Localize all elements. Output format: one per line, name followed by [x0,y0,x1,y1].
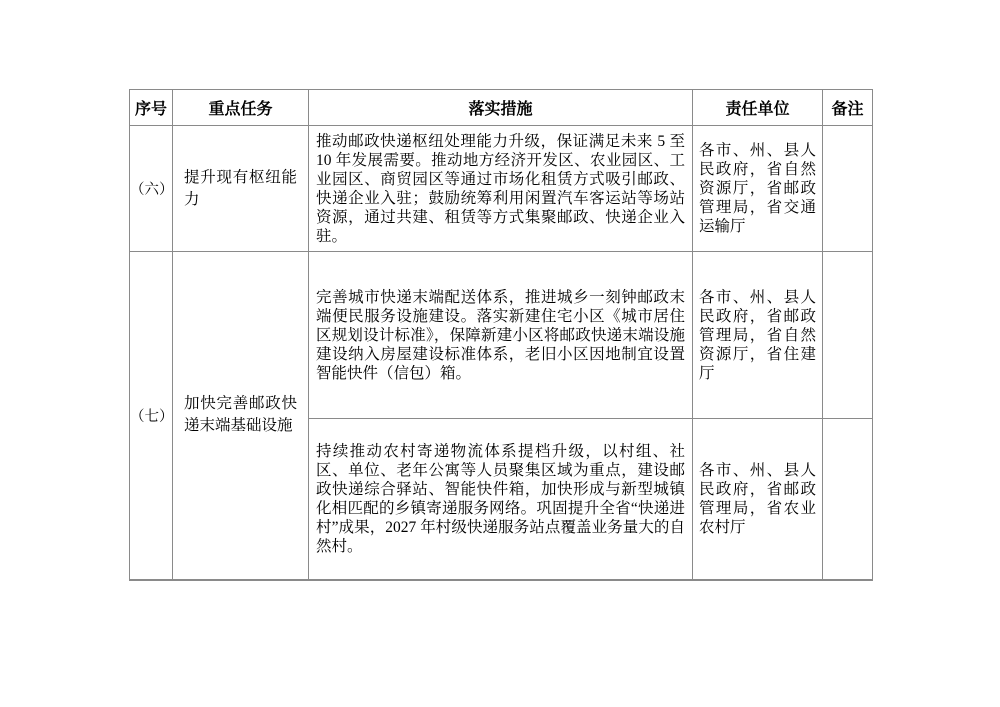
responsible-unit-cell: 各市、州、县人民政府，省邮政管理局，省农业农村厅 [693,419,823,580]
remark-cell [823,419,873,580]
responsible-unit-cell: 各市、州、县人民政府，省邮政管理局，省自然资源厅，省住建厅 [693,252,823,419]
responsible-unit-cell: 各市、州、县人民政府，省自然资源厅，省邮政管理局，省交通运输厅 [693,126,823,252]
col-header-responsible-unit: 责任单位 [693,90,823,126]
measure-cell: 持续推动农村寄递物流体系提档升级，以村组、社区、单位、老年公寓等人员聚集区域为重… [309,419,693,580]
measure-cell: 完善城市快递末端配送体系，推进城乡一刻钟邮政末端便民服务设施建设。落实新建住宅小… [309,252,693,419]
col-header-remark: 备注 [823,90,873,126]
table-row-six: （六） 提升现有枢纽能力 推动邮政快递枢纽处理能力升级，保证满足未来 5 至 1… [130,126,873,252]
row-index-cell: （六） [130,126,173,252]
key-tasks-table: 序号 重点任务 落实措施 责任单位 备注 （六） 提升现有枢纽能力 推动邮政快递… [129,89,873,581]
row-index-cell: （七） [130,252,173,580]
col-header-task: 重点任务 [173,90,309,126]
remark-cell [823,126,873,252]
measure-cell: 推动邮政快递枢纽处理能力升级，保证满足未来 5 至 10 年发展需要。推动地方经… [309,126,693,252]
header-row: 序号 重点任务 落实措施 责任单位 备注 [130,90,873,126]
document-page: 序号 重点任务 落实措施 责任单位 备注 （六） 提升现有枢纽能力 推动邮政快递… [0,0,1000,707]
col-header-measures: 落实措施 [309,90,693,126]
col-header-index: 序号 [130,90,173,126]
table-row-seven-part1: （七） 加快完善邮政快递末端基础设施 完善城市快递末端配送体系，推进城乡一刻钟邮… [130,252,873,419]
remark-cell [823,252,873,419]
task-cell: 提升现有枢纽能力 [173,126,309,252]
task-cell: 加快完善邮政快递末端基础设施 [173,252,309,580]
